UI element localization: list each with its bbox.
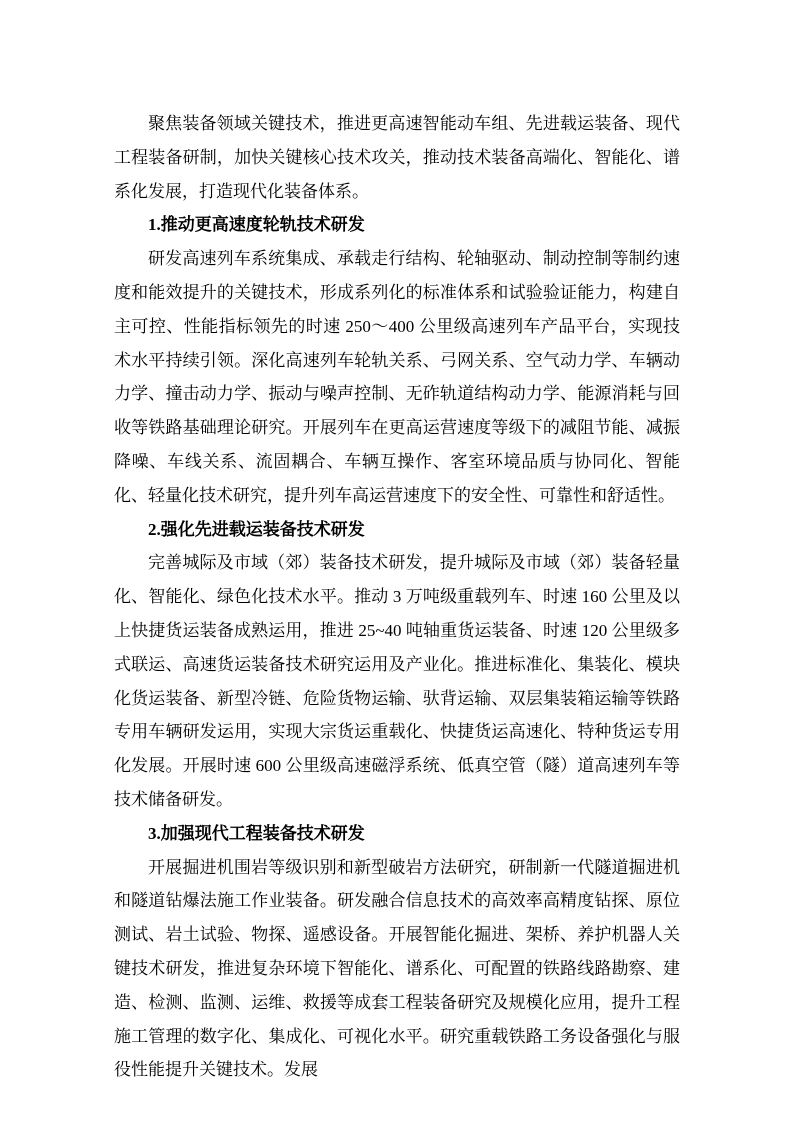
section-3-heading: 3.加强现代工程装备技术研发 bbox=[114, 817, 680, 851]
intro-paragraph: 聚焦装备领域关键技术，推进更高速智能动车组、先进载运装备、现代工程装备研制，加快… bbox=[114, 107, 680, 208]
document-page: 聚焦装备领域关键技术，推进更高速智能动车组、先进载运装备、现代工程装备研制，加快… bbox=[0, 0, 793, 1122]
section-2-body: 完善城际及市域（郊）装备技术研发，提升城际及市域（郊）装备轻量化、智能化、绿色化… bbox=[114, 546, 680, 816]
section-2-heading: 2.强化先进载运装备技术研发 bbox=[114, 513, 680, 547]
section-1-heading: 1.推动更高速度轮轨技术研发 bbox=[114, 208, 680, 242]
section-1-body: 研发高速列车系统集成、承载走行结构、轮轴驱动、制动控制等制约速度和能效提升的关键… bbox=[114, 242, 680, 512]
section-3-body: 开展掘进机围岩等级识别和新型破岩方法研究，研制新一代隧道掘进机和隧道钻爆法施工作… bbox=[114, 851, 680, 1088]
